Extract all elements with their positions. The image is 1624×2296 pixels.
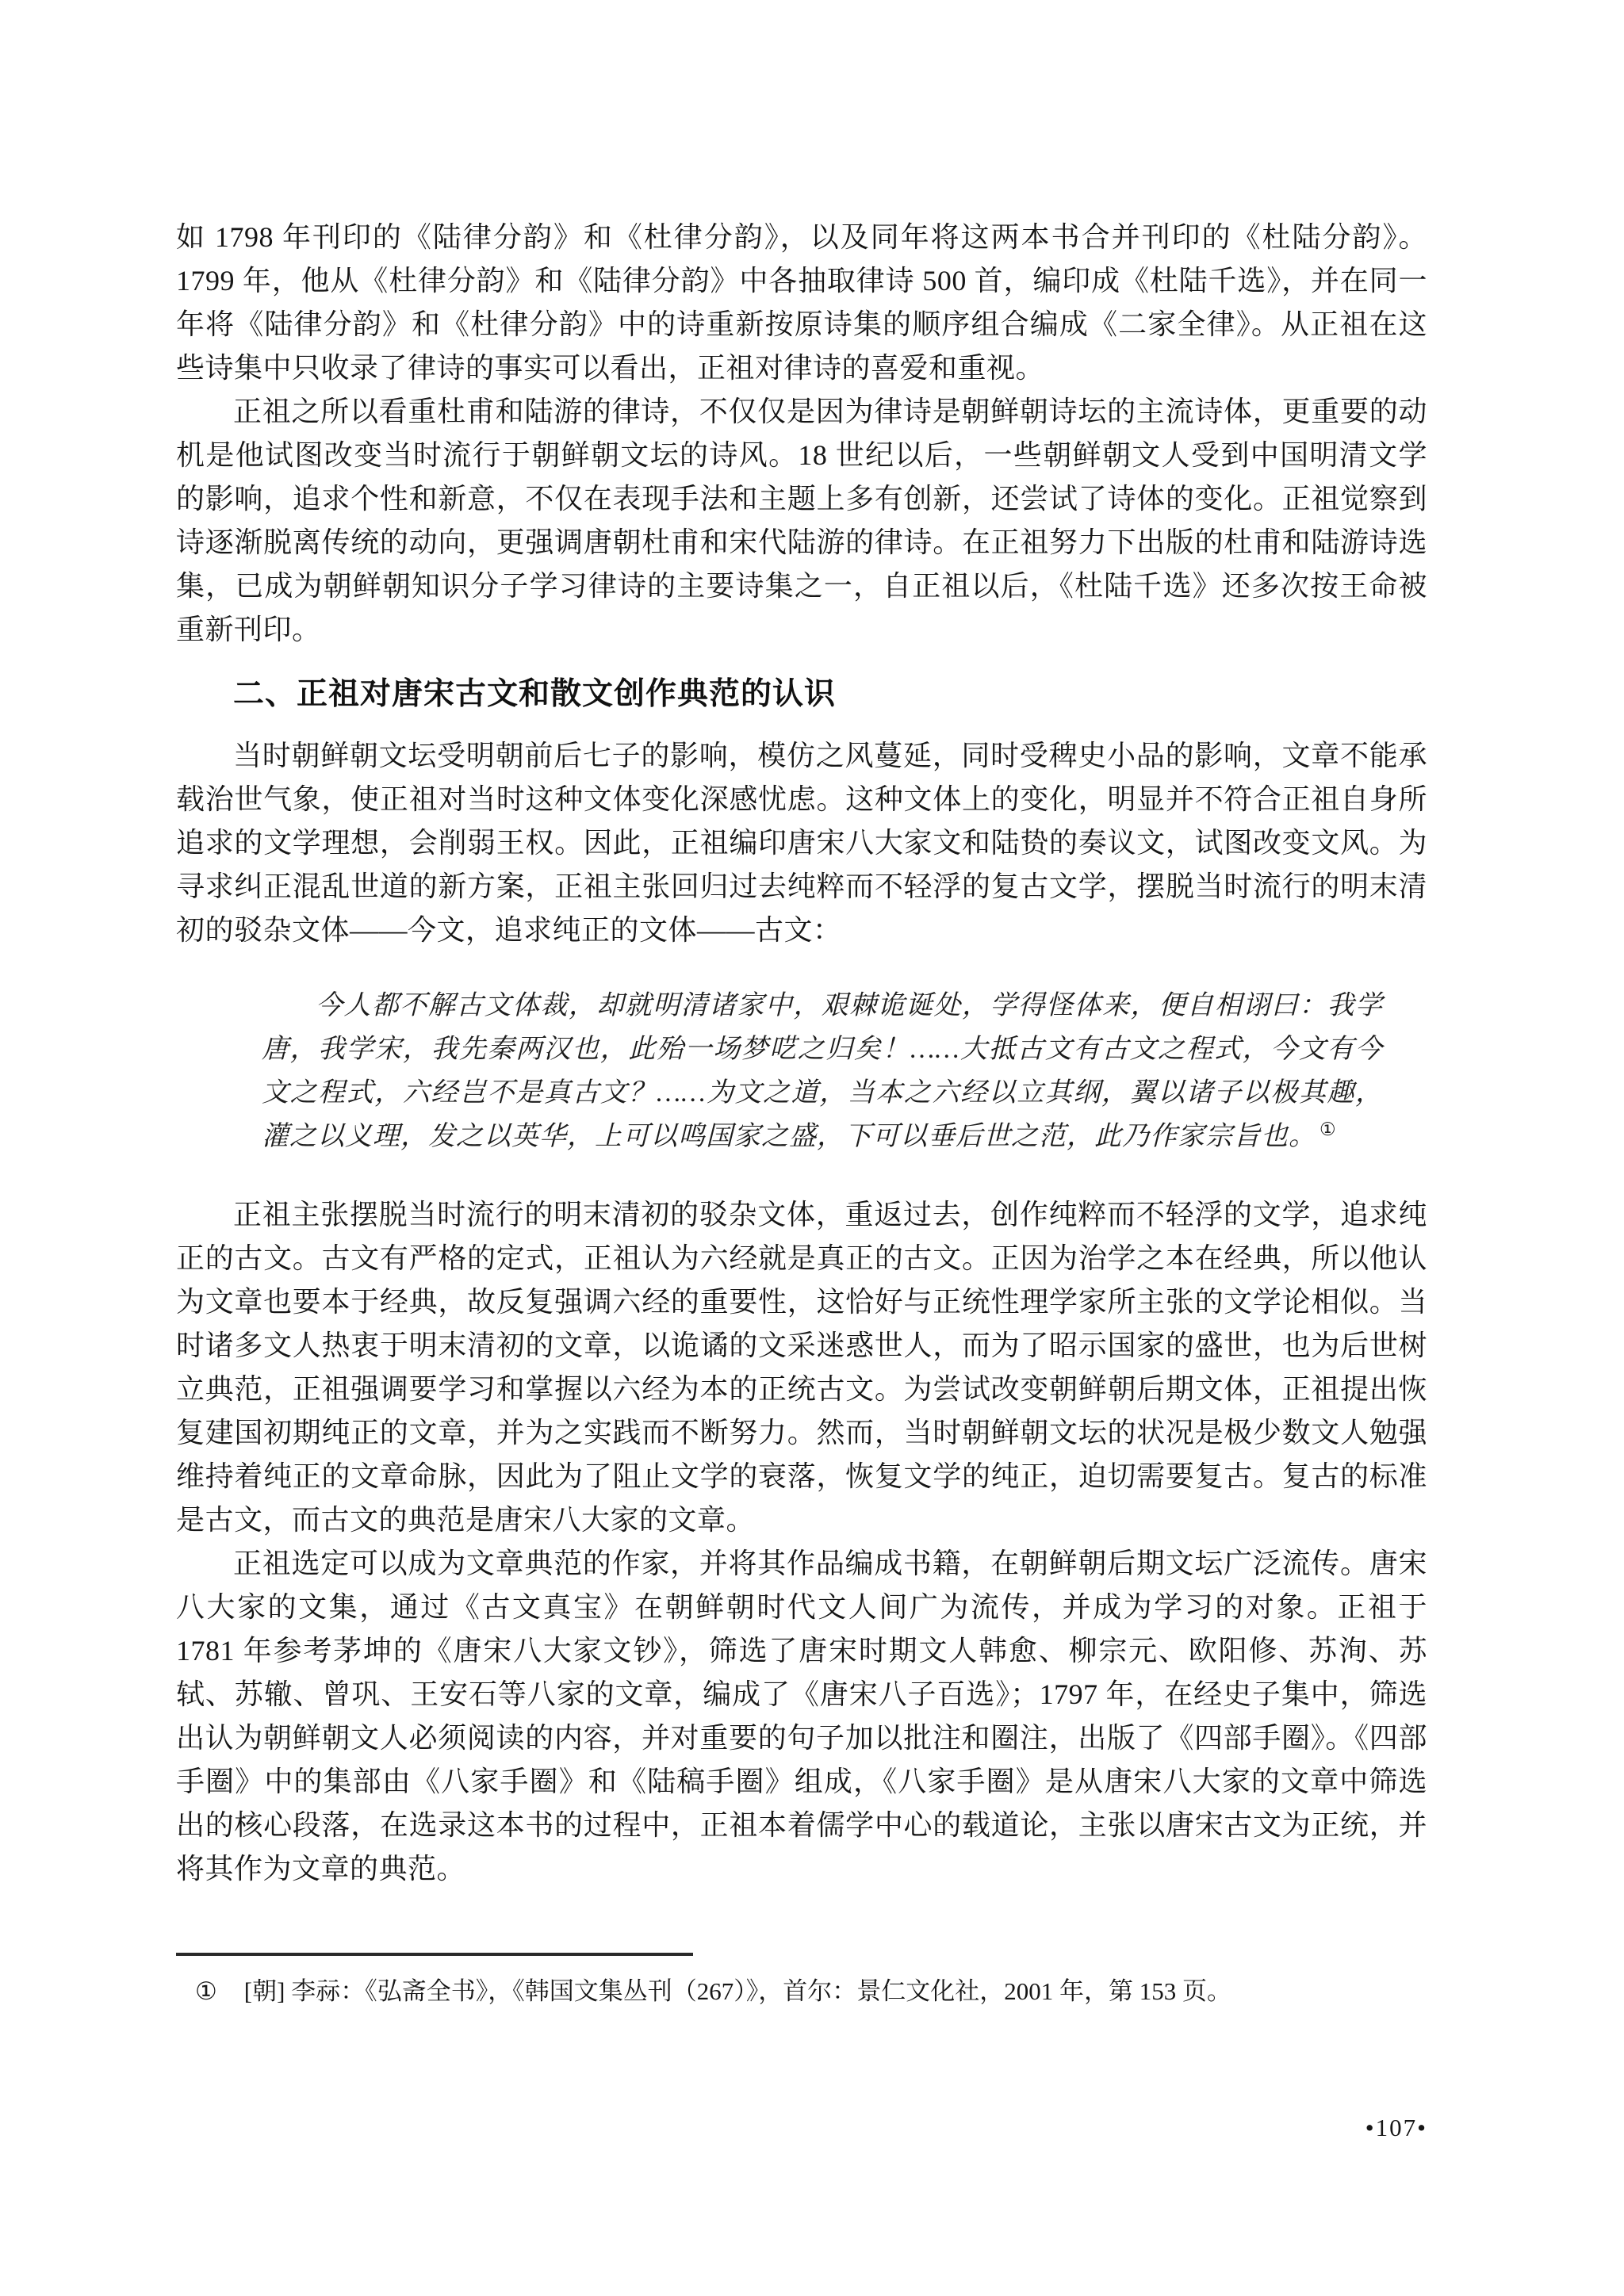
footnote-section: ①[朝] 李祘：《弘斋全书》，《韩国文集丛刊（267）》，首尔：景仁文化社，20…	[176, 1953, 1427, 2010]
footnote: ①[朝] 李祘：《弘斋全书》，《韩国文集丛刊（267）》，首尔：景仁文化社，20…	[176, 1973, 1427, 2010]
body-paragraph-4: 正祖主张摆脱当时流行的明末清初的驳杂文体，重返过去，创作纯粹而不轻浮的文学，追求…	[176, 1193, 1427, 1542]
block-quote: 今人都不解古文体裁，却就明清诸家中，艰棘诡诞处，学得怪体来，便自相诩曰：我学唐，…	[262, 984, 1383, 1158]
body-paragraph-1: 如 1798 年刊印的《陆律分韵》和《杜律分韵》，以及同年将这两本书合并刊印的《…	[176, 216, 1427, 390]
block-quote-text: 今人都不解古文体裁，却就明清诸家中，艰棘诡诞处，学得怪体来，便自相诩曰：我学唐，…	[262, 991, 1383, 1151]
footnote-marker: ①	[195, 1973, 217, 2010]
footnote-divider	[176, 1953, 693, 1956]
body-paragraph-3: 当时朝鲜朝文坛受明朝前后七子的影响，模仿之风蔓延，同时受稗史小品的影响，文章不能…	[176, 734, 1427, 952]
page-number: •107•	[1365, 2114, 1427, 2142]
paper-page: 如 1798 年刊印的《陆律分韵》和《杜律分韵》，以及同年将这两本书合并刊印的《…	[0, 0, 1624, 2296]
footnote-text: [朝] 李祘：《弘斋全书》，《韩国文集丛刊（267）》，首尔：景仁文化社，200…	[244, 1977, 1231, 2005]
page-body: 如 1798 年刊印的《陆律分韵》和《杜律分韵》，以及同年将这两本书合并刊印的《…	[176, 216, 1427, 2010]
quote-footnote-ref: ①	[1319, 1119, 1337, 1139]
body-paragraph-2: 正祖之所以看重杜甫和陆游的律诗，不仅仅是因为律诗是朝鲜朝诗坛的主流诗体，更重要的…	[176, 390, 1427, 652]
body-paragraph-5: 正祖选定可以成为文章典范的作家，并将其作品编成书籍，在朝鲜朝后期文坛广泛流传。唐…	[176, 1542, 1427, 1891]
section-heading: 二、正祖对唐宋古文和散文创作典范的认识	[176, 674, 1427, 715]
